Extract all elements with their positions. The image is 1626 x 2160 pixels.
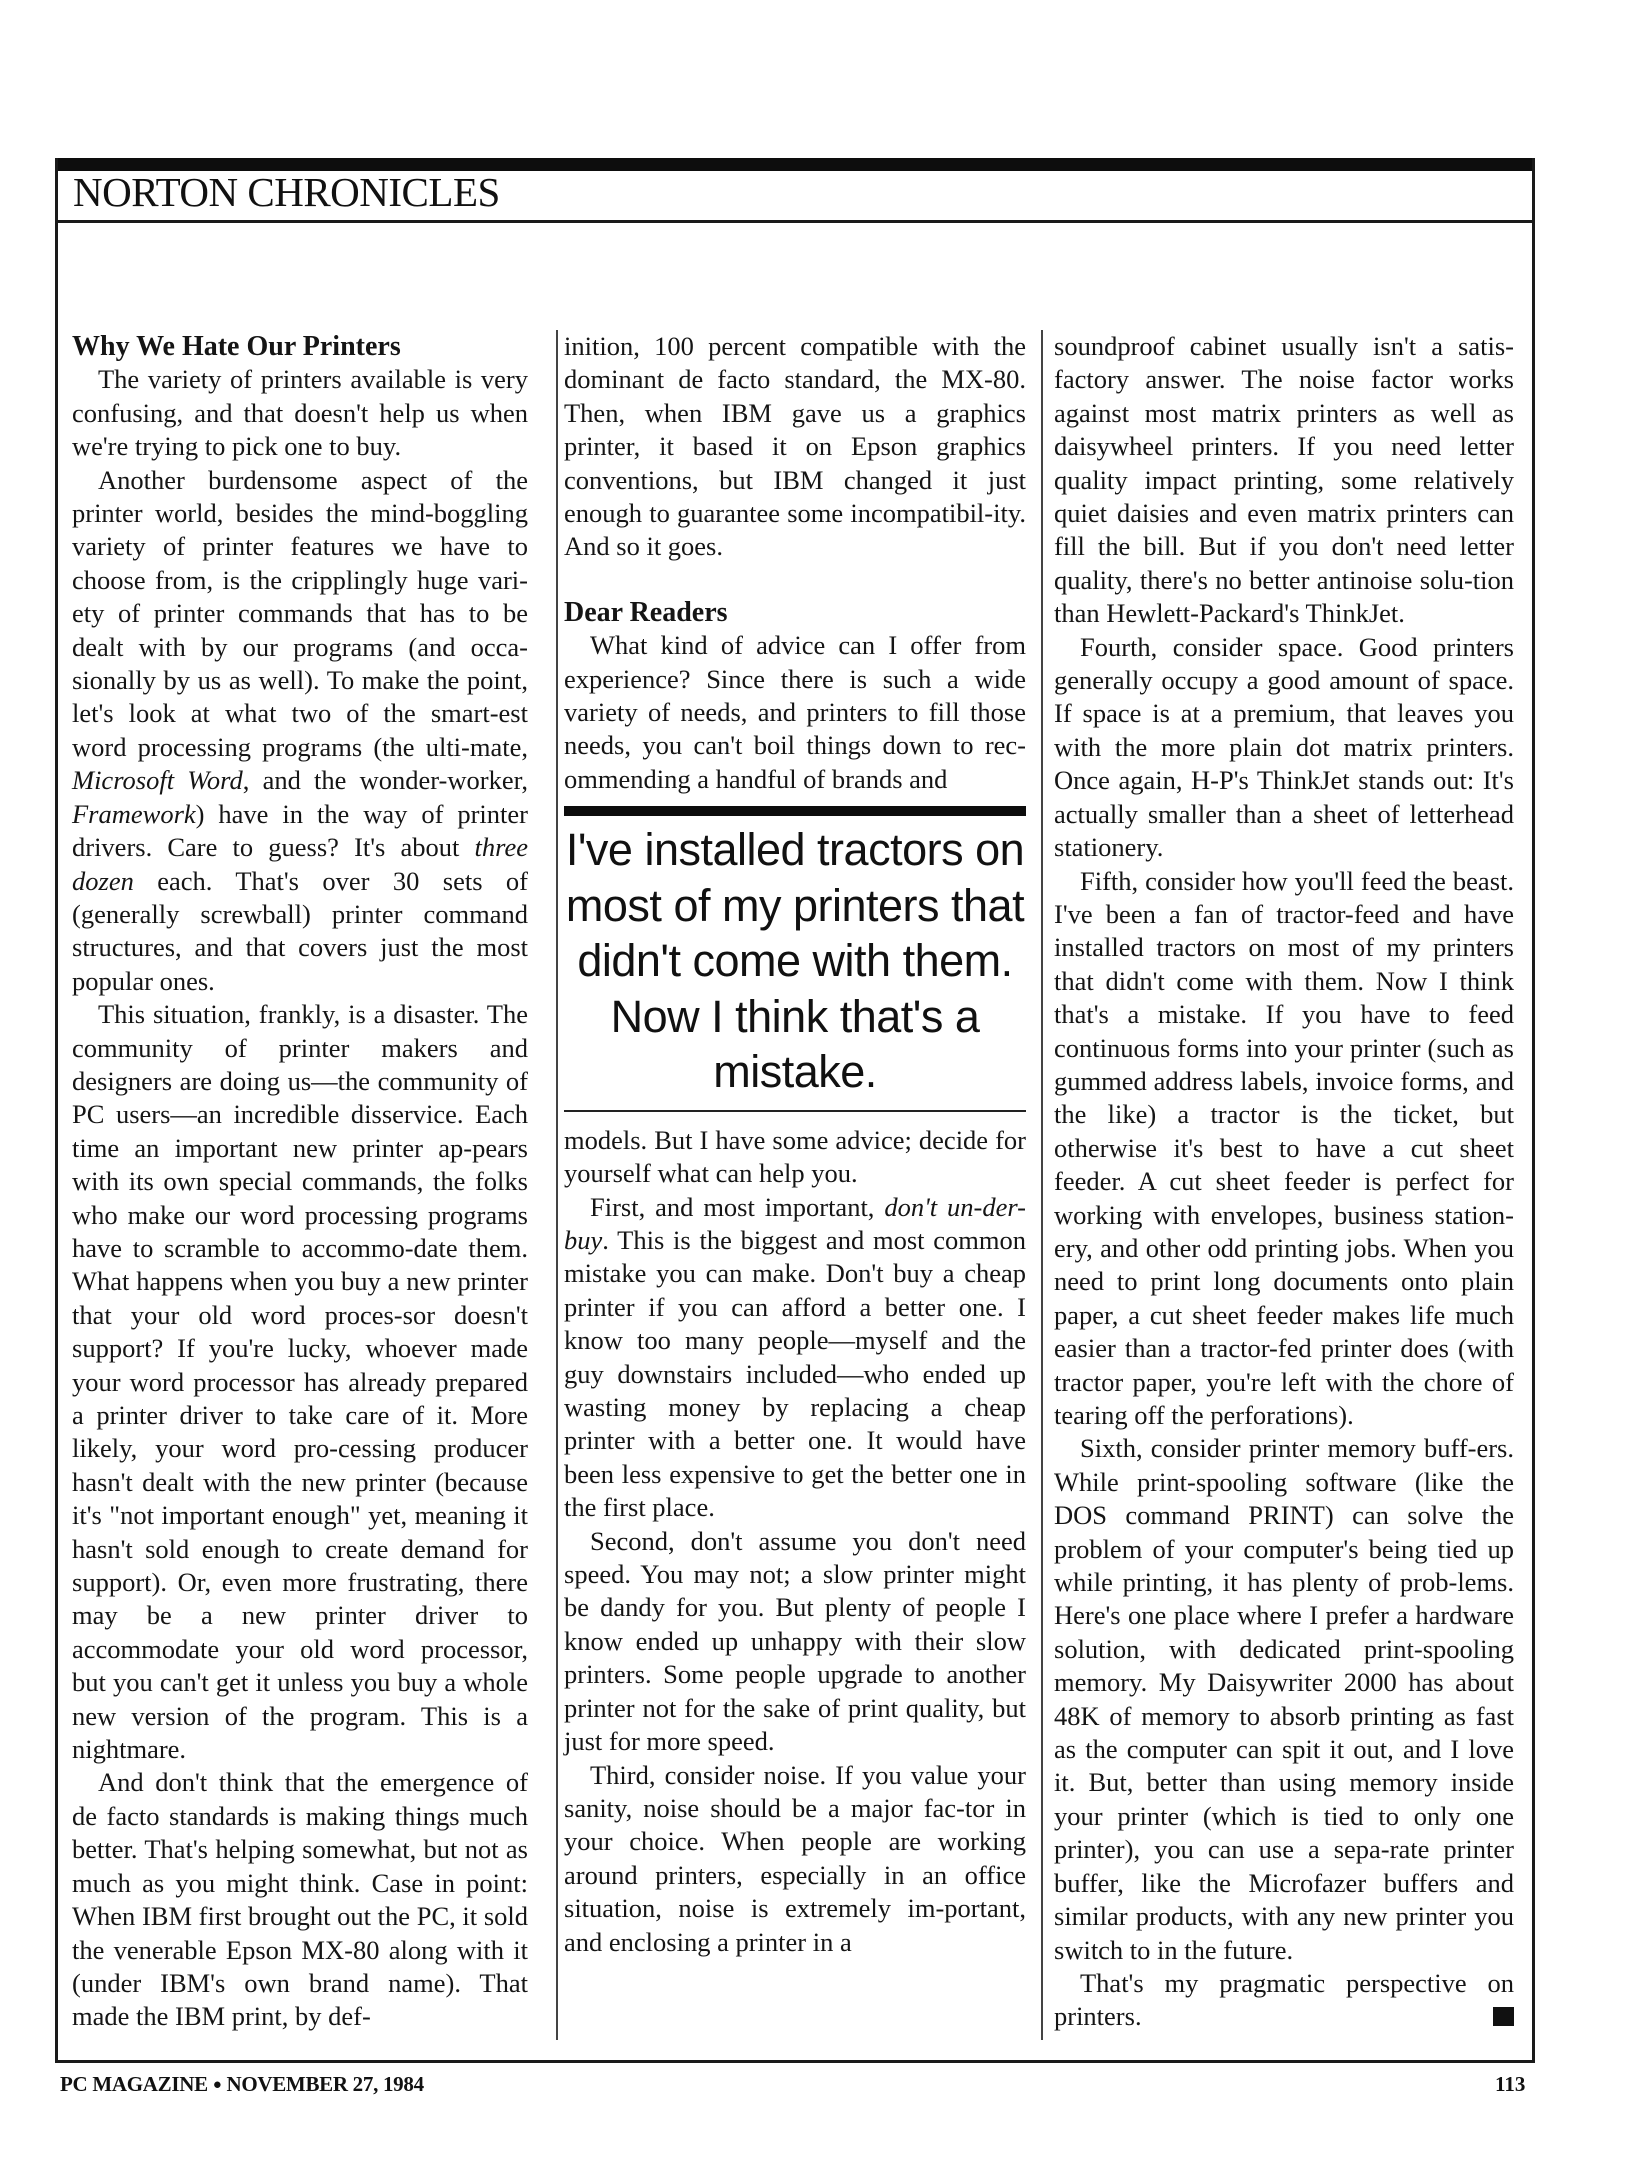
paragraph: soundproof cabinet usually isn't a satis… <box>1054 330 1514 631</box>
paragraph: That's my pragmatic perspective on print… <box>1054 1967 1514 2034</box>
pull-quote-top-rule <box>564 806 1026 816</box>
page-number: 113 <box>1495 2072 1525 2097</box>
paragraph: Second, don't assume you don't need spee… <box>564 1525 1026 1759</box>
column-2: inition, 100 percent compatible with the… <box>564 330 1026 1959</box>
paragraph: Another burdensome aspect of the printer… <box>72 464 528 999</box>
section-title: NORTON CHRONICLES <box>73 168 500 216</box>
paragraph: models. But I have some advice; decide f… <box>564 1124 1026 1191</box>
paragraph: And don't think that the emergence of de… <box>72 1766 528 2033</box>
italic-title: Framework <box>72 799 196 829</box>
paragraph: Fifth, consider how you'll feed the beas… <box>1054 865 1514 1433</box>
header-divider <box>55 220 1535 223</box>
closing-text: That's my pragmatic perspective on print… <box>1054 1968 1514 2031</box>
paragraph: First, and most important, don't un-der-… <box>564 1191 1026 1525</box>
column-3: soundproof cabinet usually isn't a satis… <box>1054 330 1514 2034</box>
paragraph: Third, consider noise. If you value your… <box>564 1759 1026 1959</box>
bullet-icon: ● <box>213 2077 222 2093</box>
pull-quote-bottom-rule <box>564 1110 1026 1112</box>
italic-title: Microsoft Word <box>72 765 243 795</box>
end-of-article-square-icon <box>1493 2007 1514 2026</box>
paragraph: What kind of advice can I offer from exp… <box>564 629 1026 796</box>
issue-date: NOVEMBER 27, 1984 <box>226 2072 423 2096</box>
paragraph: inition, 100 percent compatible with the… <box>564 330 1026 564</box>
paragraph: Sixth, consider printer memory buff-ers.… <box>1054 1432 1514 1967</box>
paragraph: This situation, frankly, is a disaster. … <box>72 998 528 1766</box>
column-divider-2 <box>1041 330 1043 2040</box>
paragraph: Fourth, consider space. Good printers ge… <box>1054 631 1514 865</box>
column-divider-1 <box>556 330 558 2040</box>
paragraph: The variety of printers available is ver… <box>72 363 528 463</box>
column-1: Why We Hate Our Printers The variety of … <box>72 330 528 2034</box>
pull-quote-text: I've installed tractors on most of my pr… <box>564 816 1026 1110</box>
heading-dear-readers: Dear Readers <box>564 596 1026 629</box>
publication-name: PC MAGAZINE <box>60 2072 208 2096</box>
footer-publication: PC MAGAZINE ● NOVEMBER 27, 1984 <box>60 2072 424 2097</box>
pull-quote: I've installed tractors on most of my pr… <box>564 806 1026 1112</box>
heading-why-we-hate-our-printers: Why We Hate Our Printers <box>72 330 528 363</box>
spacer <box>564 564 1026 596</box>
